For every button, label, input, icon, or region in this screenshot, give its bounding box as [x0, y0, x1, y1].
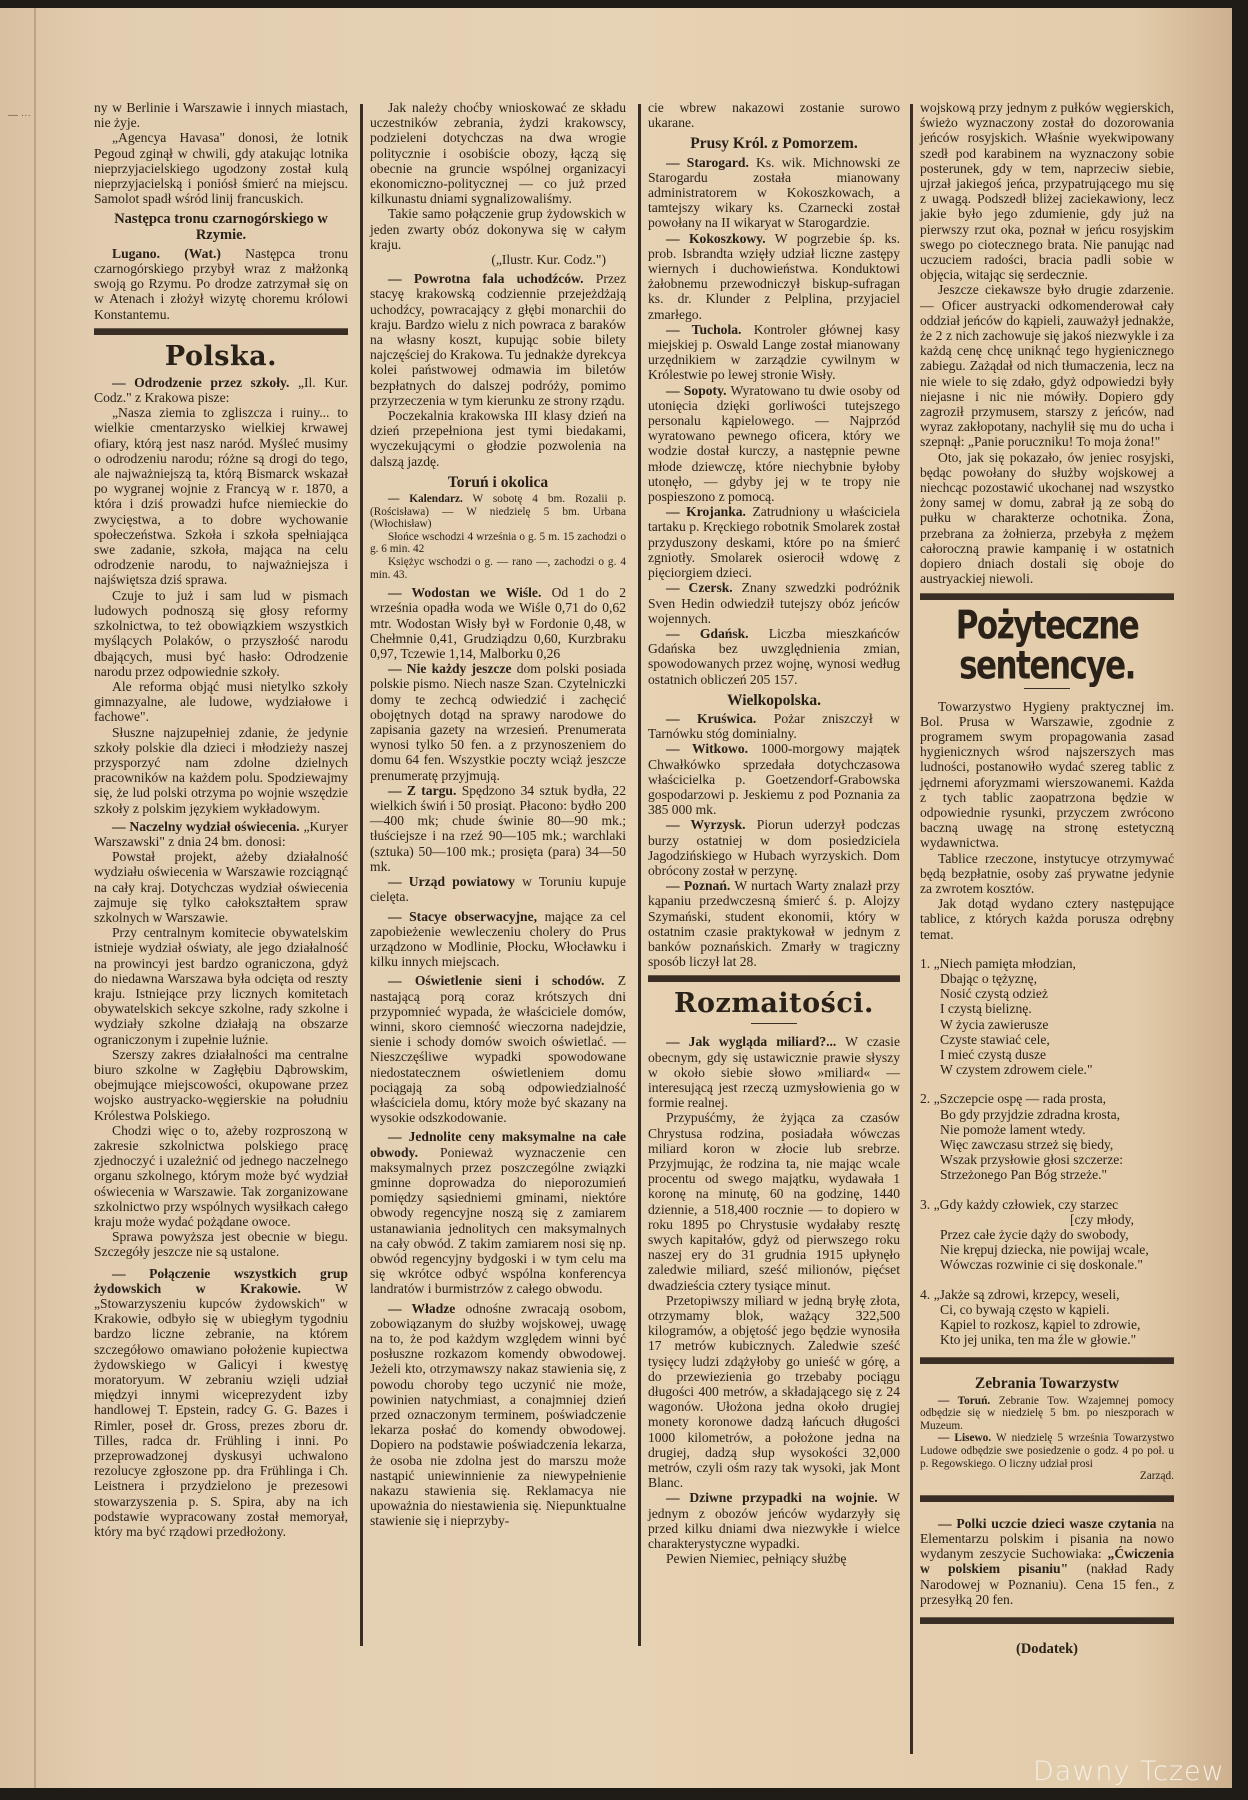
- verse-line: Ci, co bywają często w kąpieli.: [920, 1302, 1174, 1317]
- article-text: wojskową przy jednym z pułków węgierskic…: [920, 100, 1174, 282]
- article-lead: — Gdańsk.: [666, 626, 749, 641]
- article-gdansk: — Gdańsk. Liczba mieszkańców Gdańska bez…: [648, 626, 900, 687]
- article-lead: — Starogard.: [666, 155, 749, 170]
- verse-line: Nosić czystą odzież: [920, 986, 1174, 1001]
- article-lead: — Powrotna fala uchodźców.: [388, 271, 584, 286]
- verse-list: 1. „Niech pamięta młodzian,Dbając o tęży…: [920, 956, 1174, 1348]
- column-rule: [910, 104, 913, 1754]
- verse: 4. „Jakże są zdrowi, krzepcy, weseli,Ci,…: [920, 1287, 1174, 1348]
- notice-polki: — Polki uczcie dzieci wasze czytania na …: [920, 1516, 1174, 1607]
- article-text: Przy centralnym komitecie obywatelskim i…: [94, 925, 348, 1047]
- section-divider: [920, 1495, 1174, 1502]
- article-text: Oto, jak się pokazało, ów jeniec rosyjsk…: [920, 450, 1174, 587]
- article-lead: — Nie każdy jeszcze: [388, 661, 512, 676]
- article-nie-kazdy: — Nie każdy jeszcze dom polski posiada p…: [370, 661, 626, 783]
- article-text: Sprawa powyższa jest obecnie w biegu. Sz…: [94, 1229, 348, 1259]
- verse-line: Kto jej unika, ten ma źle w głowie.": [920, 1332, 1174, 1347]
- notice-lisewo: — Lisewo. W niedzielę 5 września Towarzy…: [920, 1432, 1174, 1470]
- article-lead: — Oświetlenie sieni i schodów.: [388, 973, 604, 988]
- article-miliard: — Jak wygląda miliard?... W czasie obecn…: [648, 1034, 900, 1110]
- source-citation: („Ilustr. Kur. Codz."): [370, 252, 626, 267]
- column-rule: [638, 104, 641, 1646]
- newspaper-page: — ··· ny w Berlinie i Warszawie i innych…: [0, 8, 1232, 1788]
- section-title-polska: Polska.: [94, 341, 348, 373]
- verse-line: Nie krępuj dziecka, nie powijaj wcale,: [920, 1242, 1174, 1257]
- article-lead: — Z targu.: [388, 783, 456, 798]
- article-text: „Nasza ziemia to zgliszcza i ruiny... to…: [94, 405, 348, 587]
- verse-line: 3. „Gdy każdy człowiek, czy starzec: [920, 1197, 1174, 1212]
- section-title-torun: Toruń i okolica: [370, 475, 626, 490]
- article-text: Poczekalnia krakowska III klasy dzień na…: [370, 408, 626, 469]
- article-text: Chodzi więc o to, ażeby rozproszoną w za…: [94, 1123, 348, 1229]
- verse-line: Wszak przysłowie głosi szczerze:: [920, 1152, 1174, 1167]
- verse-line: Strzeżonego Pan Bóg strzeże.": [920, 1167, 1174, 1182]
- article-lead: — Kalendarz.: [388, 493, 463, 505]
- signature: Zarząd.: [920, 1470, 1174, 1483]
- article-lead: — Poznań.: [666, 878, 730, 893]
- verse-line: Czyste stawiać cele,: [920, 1032, 1174, 1047]
- section-title-prusy: Prusy Król. z Pomorzem.: [648, 136, 900, 151]
- article-wodostan: — Wodostan we Wiśle. Od 1 do 2 września …: [370, 585, 626, 661]
- section-divider: [920, 1357, 1174, 1364]
- article-lead: — Naczelny wydział oświecenia.: [112, 819, 300, 834]
- verse-line: Więc zawczasu strzeż się biedy,: [920, 1137, 1174, 1152]
- article-lead: — Czersk.: [666, 580, 733, 595]
- article-lead: — Sopoty.: [666, 383, 727, 398]
- verse-line: 2. „Szczepcie ospę — rada prosta,: [920, 1091, 1174, 1106]
- headline-montenegro: Następca tronu czarnogórskiego w Rzymie.: [94, 212, 348, 242]
- article-text: Tablice rzeczone, instytucye otrzymywać …: [920, 851, 1174, 897]
- moonrise-info: Księżyc wschodzi o g. — rano —, zachodzi…: [370, 556, 626, 581]
- verse: 2. „Szczepcie ospę — rada prosta,Bo gdy …: [920, 1091, 1174, 1182]
- verse: 1. „Niech pamięta młodzian,Dbając o tęży…: [920, 956, 1174, 1078]
- column-rule: [360, 104, 363, 1646]
- article-text: ny w Berlinie i Warszawie i innych miast…: [94, 100, 348, 130]
- article-lead: — Kruświca.: [666, 711, 756, 726]
- article-text: Jak dotąd wydano cztery następujące tabl…: [920, 896, 1174, 942]
- article-lead: — Kokoszkowy.: [666, 231, 766, 246]
- supplement-label: (Dodatek): [920, 1642, 1174, 1657]
- article-text: Pewien Niemiec, pełniący służbę: [648, 1551, 900, 1566]
- verse-line: I mieć czystą dusze: [920, 1047, 1174, 1062]
- sunrise-info: Słońce wschodzi 4 września o g. 5 m. 15 …: [370, 531, 626, 556]
- article-lead: — Stacye obserwacyjne,: [388, 909, 537, 924]
- verse-line: W życia zawierusze: [920, 1017, 1174, 1032]
- article-text: „Agencya Havasa" donosi, że lotnik Pegou…: [94, 130, 348, 206]
- verse-line: Kąpiel to rozkosz, kąpiel to zdrowie,: [920, 1317, 1174, 1332]
- article-lead: — Polki uczcie dzieci wasze czytania: [938, 1516, 1156, 1531]
- verse: 3. „Gdy każdy człowiek, czy starzec[czy …: [920, 1197, 1174, 1273]
- verse-line: I czystą bieliznę.: [920, 1001, 1174, 1016]
- watermark: Dawny Tczew: [1033, 1756, 1225, 1787]
- section-divider: [648, 975, 900, 982]
- title-underline: [751, 1023, 797, 1024]
- article-text: Jeszcze ciekawsze było drugie zdarzenie.…: [920, 282, 1174, 449]
- section-divider: [94, 328, 348, 335]
- article-montenegro: Lugano. (Wat.) Następca tronu czarnogórs…: [94, 246, 348, 322]
- notice-torun: — Toruń. Zebranie Tow. Wzajemnej pomocy …: [920, 1395, 1174, 1433]
- section-title-sentencje: Pożyteczne sentencye.: [920, 606, 1174, 686]
- article-text: Przypuśćmy, że żyjąca za czasów Chrystus…: [648, 1110, 900, 1292]
- verse-line: Wówczas rozwinie ci się doskonale.": [920, 1257, 1174, 1272]
- article-text: Przetopiwszy miliard w jedną bryłę złota…: [648, 1293, 900, 1491]
- article-text: Czuje to już i sam lud w pismach ludowyc…: [94, 588, 348, 679]
- article-lead: — Urząd powiatowy: [388, 874, 515, 889]
- verse-line: Dbając o tężyznę,: [920, 971, 1174, 986]
- article-lead: — Jak wygląda miliard?...: [666, 1034, 836, 1049]
- verse-line: 4. „Jakże są zdrowi, krzepcy, weseli,: [920, 1287, 1174, 1302]
- article-kruswica: — Kruświca. Pożar zniszczył w Tarnówku s…: [648, 711, 900, 741]
- column-3: cie wbrew nakazowi zostanie surowo ukara…: [648, 100, 900, 1566]
- article-odrodzenie: — Odrodzenie przez szkoły. „Il. Kur. Cod…: [94, 375, 348, 405]
- article-urzad: — Urząd powiatowy w Toruniu kupuje cielę…: [370, 874, 626, 904]
- section-title-wielkopolska: Wielkopolska.: [648, 693, 900, 708]
- article-lead: — Tuchola.: [666, 322, 741, 337]
- verse-line: W czystem zdrowem ciele.": [920, 1062, 1174, 1077]
- article-wydzial: — Naczelny wydział oświecenia. „Kuryer W…: [94, 819, 348, 849]
- article-polaczenie: — Połączenie wszystkich grup żydowskich …: [94, 1266, 348, 1540]
- article-wyrzysk: — Wyrzysk. Piorun uderzył podczas burzy …: [648, 817, 900, 878]
- verse-line: 1. „Niech pamięta młodzian,: [920, 956, 1174, 971]
- article-ceny: — Jednolite ceny maksymalne na całe obwo…: [370, 1129, 626, 1296]
- article-czersk: — Czersk. Znany szwedzki podróżnik Sven …: [648, 580, 900, 626]
- article-text: Szerszy zakres działalności ma centralne…: [94, 1047, 348, 1123]
- article-text: Ale reforma objąć musi nietylko szkoły g…: [94, 679, 348, 725]
- article-krojanka: — Krojanka. Zatrudniony u właściciela ta…: [648, 504, 900, 580]
- margin-mark: — ···: [8, 110, 31, 121]
- verse-line: [czy młody,: [920, 1212, 1174, 1227]
- article-lead: — Witkowo.: [666, 741, 748, 756]
- article-text: Powstał projekt, ażeby działalność wydzi…: [94, 849, 348, 925]
- article-lead: — Wyrzysk.: [666, 817, 746, 832]
- calendar: — Kalendarz. W sobotę 4 bm. Rozalii p. (…: [370, 493, 626, 531]
- section-divider: [920, 1617, 1174, 1624]
- verse-line: Przez całe życie dąży do swobody,: [920, 1227, 1174, 1242]
- article-tuchola: — Tuchola. Kontroler głównej kasy miejsk…: [648, 322, 900, 383]
- scan-border: [0, 0, 1248, 8]
- article-lead: — Lisewo.: [938, 1432, 991, 1444]
- article-lead: — Dziwne przypadki na wojnie.: [666, 1490, 878, 1505]
- verse-line: Bo gdy przyjdzie zdradna krosta,: [920, 1107, 1174, 1122]
- article-text: Towarzystwo Hygieny praktycznej im. Bol.…: [920, 699, 1174, 851]
- section-divider: [920, 593, 1174, 600]
- article-fala: — Powrotna fala uchodźców. Przez stacyę …: [370, 271, 626, 408]
- article-text: Słuszne najzupełniej zdanie, że jedynie …: [94, 725, 348, 816]
- page-fold: [34, 8, 36, 1788]
- article-lead: — Wodostan we Wiśle.: [388, 585, 541, 600]
- article-wladze: — Władze odnośne zwracają osobom, zobowi…: [370, 1301, 626, 1529]
- article-text: Jak należy choćby wnioskować ze składu u…: [370, 100, 626, 206]
- article-targ: — Z targu. Spędzono 34 sztuk bydła, 22 w…: [370, 783, 626, 874]
- article-text: cie wbrew nakazowi zostanie surowo ukara…: [648, 100, 900, 130]
- verse-line: Nie pomoże lament wtedy.: [920, 1122, 1174, 1137]
- section-title-zebrania: Zebrania Towarzystw: [920, 1376, 1174, 1391]
- dateline: Lugano. (Wat.): [112, 246, 221, 261]
- article-lead: — Toruń.: [938, 1395, 990, 1407]
- section-title-rozmaitosci: Rozmaitości.: [648, 988, 900, 1020]
- article-lead: — Władze: [388, 1301, 455, 1316]
- column-4: wojskową przy jednym z pułków węgierskic…: [920, 100, 1174, 1657]
- article-starogard: — Starogard. Ks. wik. Michnowski ze Star…: [648, 155, 900, 231]
- article-lead: — Odrodzenie przez szkoły.: [112, 375, 289, 390]
- article-oswietlenie: — Oświetlenie sieni i schodów. Z nastają…: [370, 973, 626, 1125]
- article-sopoty: — Sopoty. Wyratowano tu dwie osoby od ut…: [648, 383, 900, 505]
- article-kokoszkowy: — Kokoszkowy. W pogrzebie śp. ks. prob. …: [648, 231, 900, 322]
- article-lead: — Krojanka.: [666, 504, 746, 519]
- article-poznan: — Poznań. W nurtach Warty znalazł przy k…: [648, 878, 900, 969]
- column-2: Jak należy choćby wnioskować ze składu u…: [370, 100, 626, 1529]
- article-stacye: — Stacye obserwacyjne, mające za cel zap…: [370, 909, 626, 970]
- article-dziwne: — Dziwne przypadki na wojnie. W jednym z…: [648, 1490, 900, 1551]
- column-1: ny w Berlinie i Warszawie i innych miast…: [94, 100, 348, 1539]
- article-witkowo: — Witkowo. 1000-morgowy majątek Chwałków…: [648, 741, 900, 817]
- article-text: Takie samo połączenie grup żydowskich w …: [370, 206, 626, 252]
